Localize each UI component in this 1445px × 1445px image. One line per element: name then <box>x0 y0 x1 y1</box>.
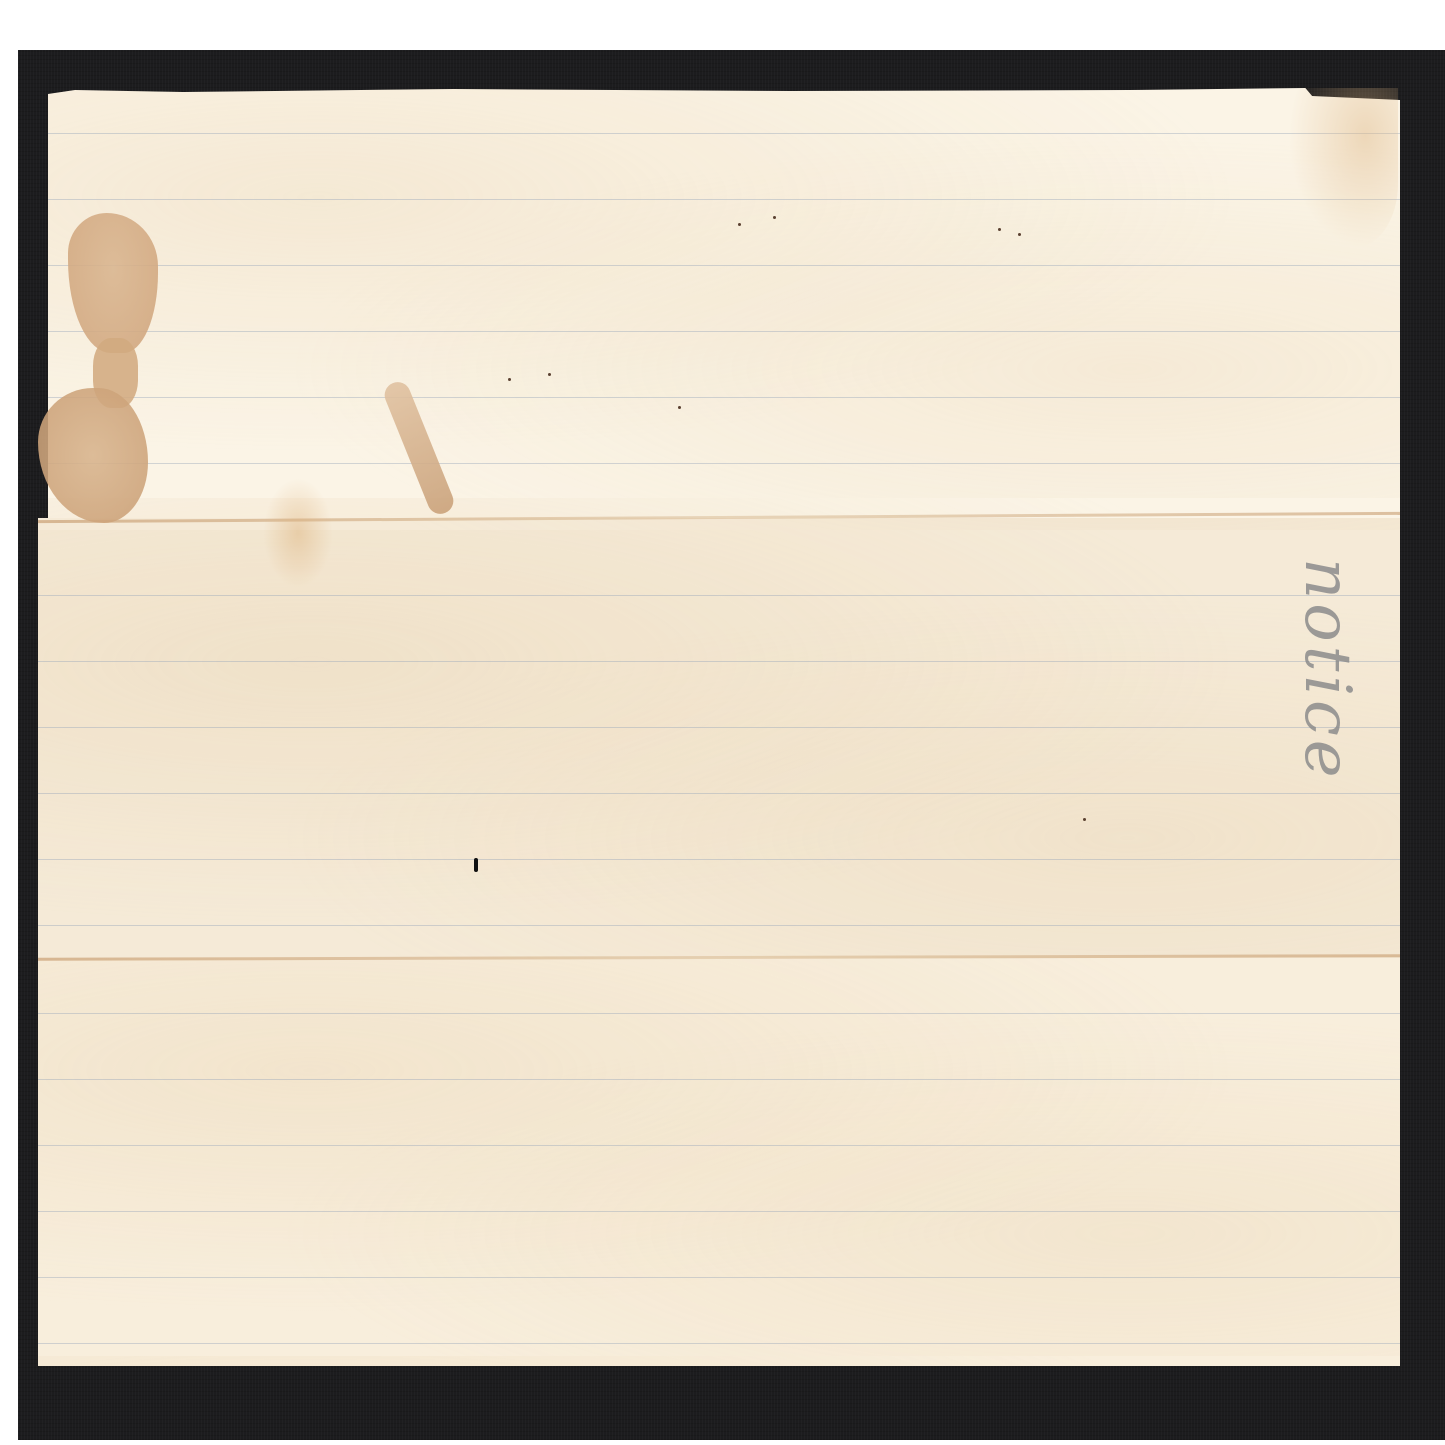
speck <box>508 378 511 381</box>
speck <box>1018 233 1021 236</box>
document-scene: notice <box>0 0 1445 1445</box>
paper-panel-bottom <box>38 958 1400 1366</box>
speck <box>548 373 551 376</box>
paper-panel-middle <box>38 518 1400 958</box>
pencil-note: notice <box>1290 558 1364 782</box>
faint-stain <box>263 478 333 588</box>
speck <box>773 216 776 219</box>
aged-paper-sheet: notice <box>38 88 1400 1366</box>
speck <box>738 223 741 226</box>
paper-panel-top <box>48 88 1400 518</box>
speck <box>998 228 1001 231</box>
ink-mark <box>474 858 478 872</box>
speck <box>678 406 681 409</box>
speck <box>1083 818 1086 821</box>
